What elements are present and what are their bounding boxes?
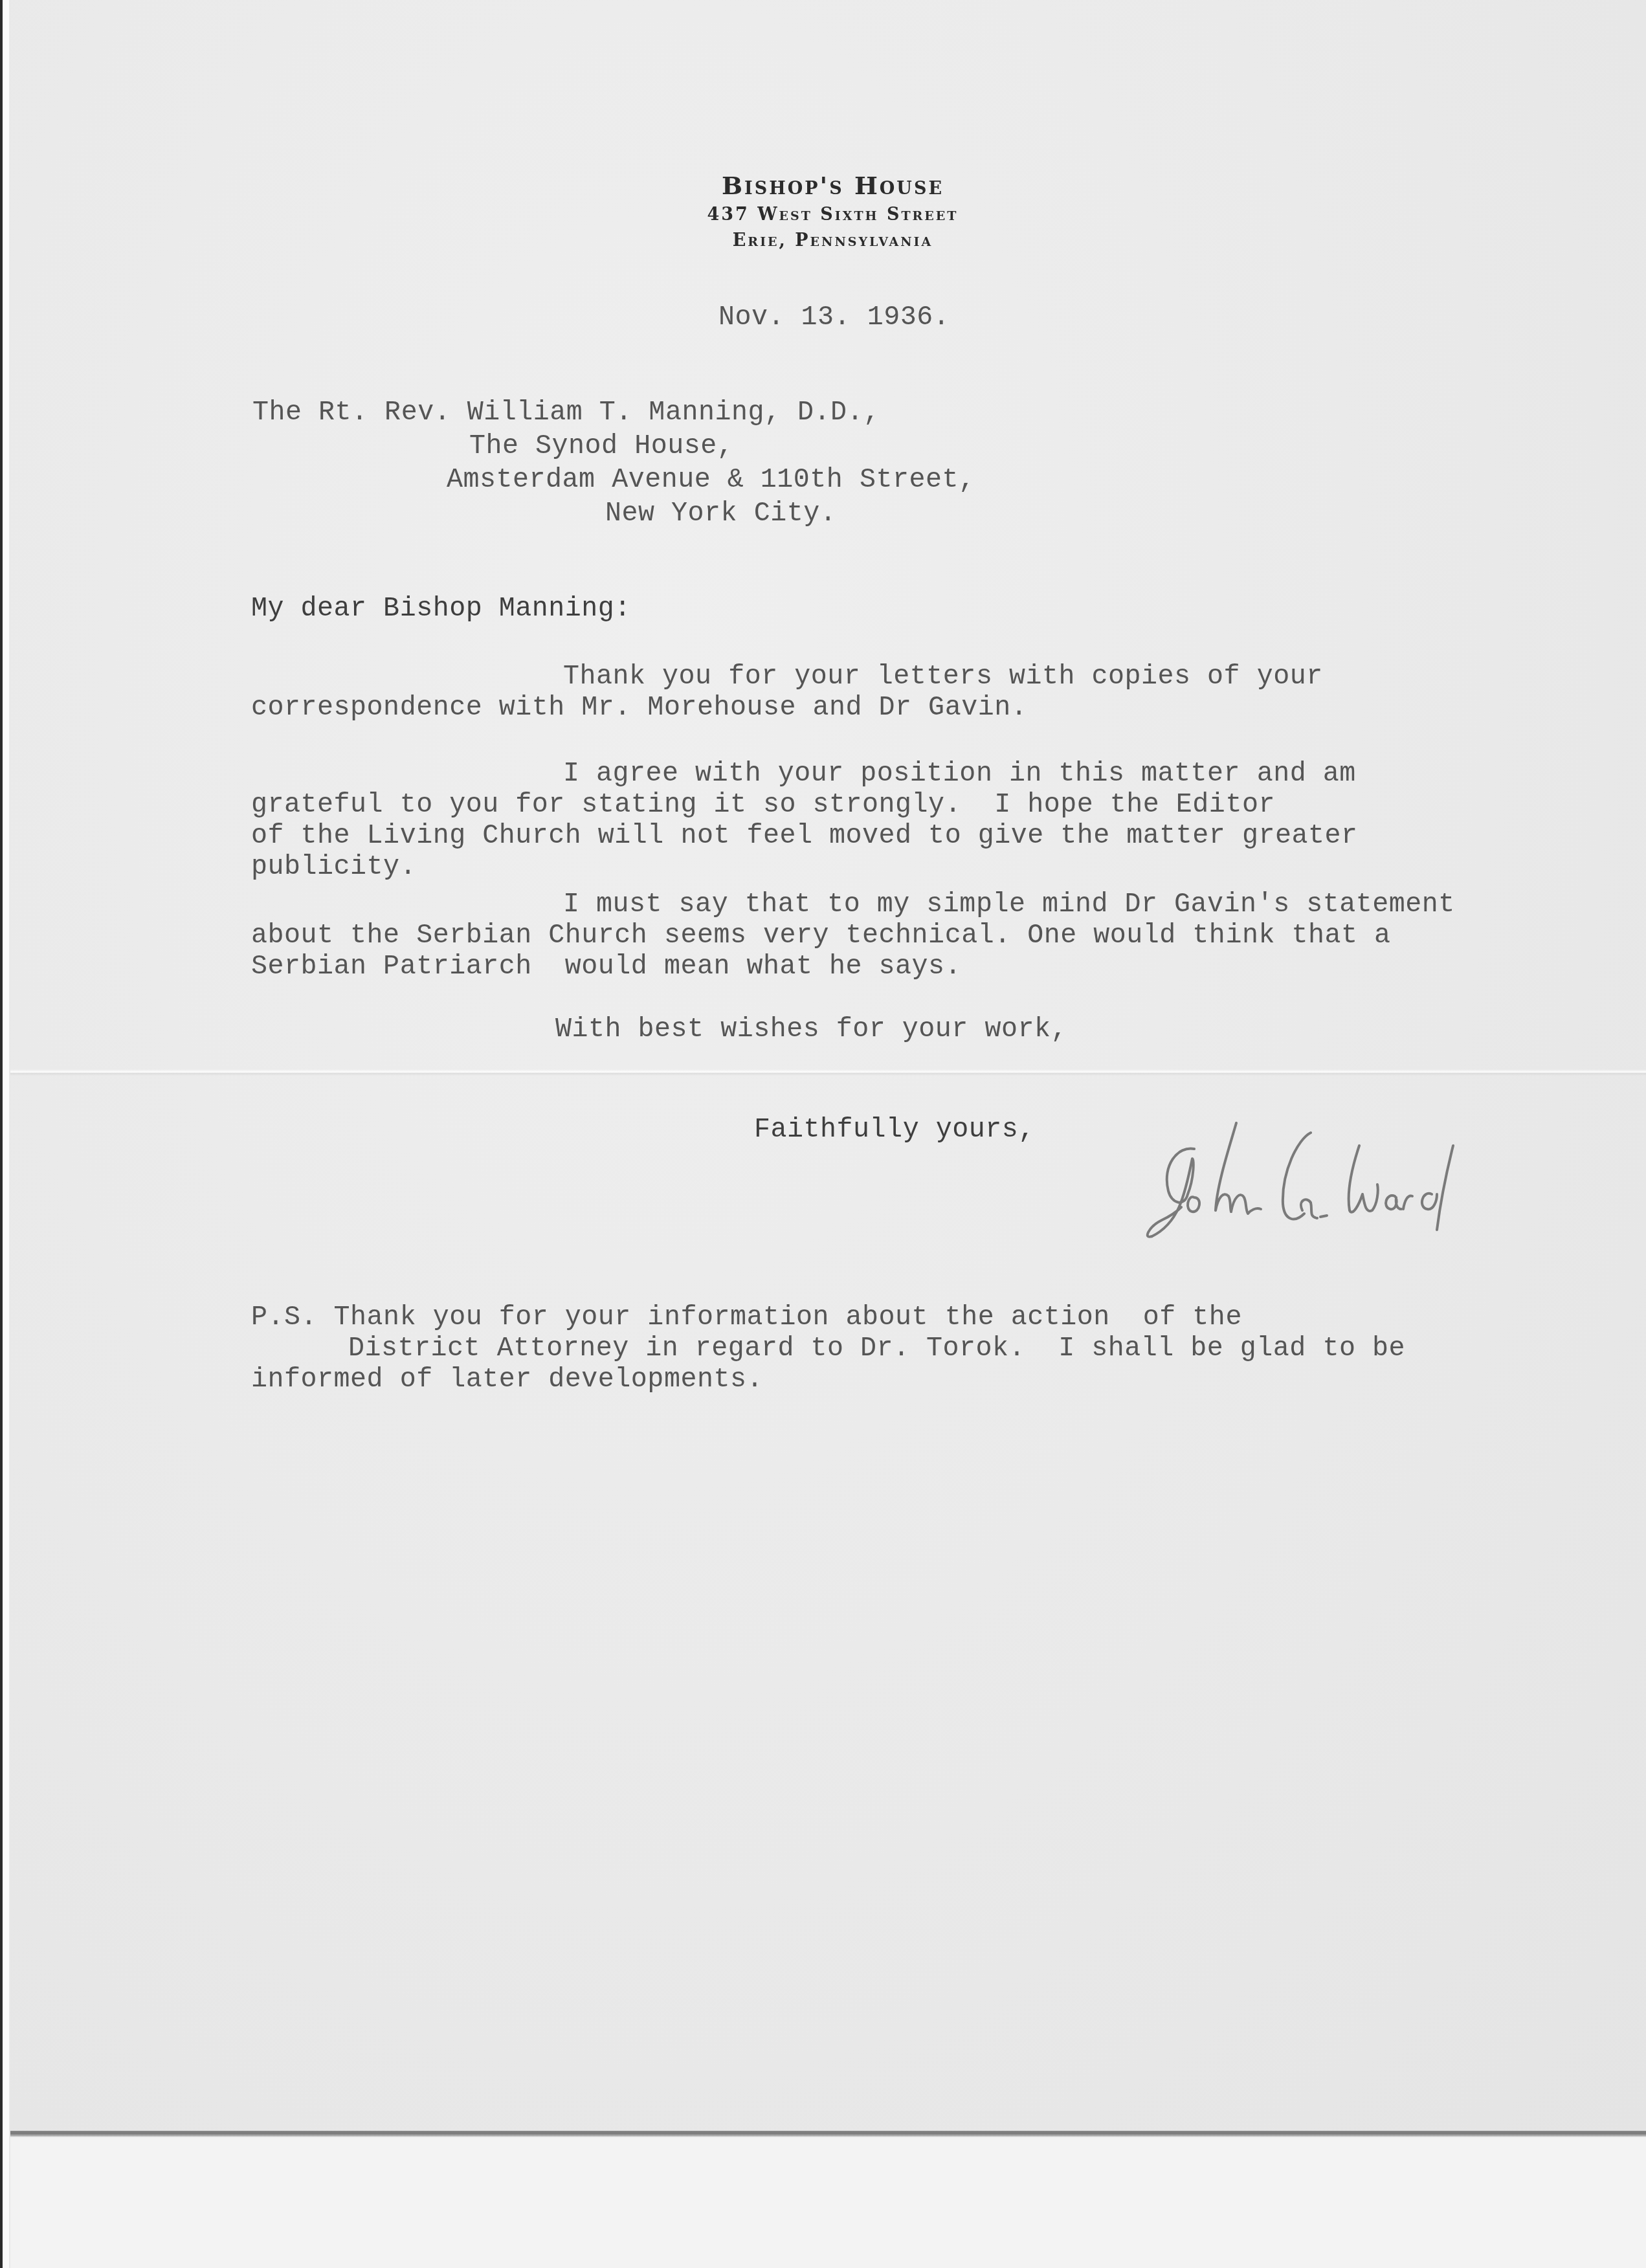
closing-wishes: With best wishes for your work, — [555, 1013, 1067, 1045]
body-paragraph-1-line-2: correspondence with Mr. Morehouse and Dr… — [251, 691, 1027, 723]
body-paragraph-2-line-2: grateful to you for stating it so strong… — [251, 788, 1275, 820]
body-paragraph-3-line-1: I must say that to my simple mind Dr Gav… — [563, 888, 1455, 920]
handwritten-signature — [1133, 1120, 1534, 1262]
recipient-address-line-1: The Synod House, — [469, 430, 733, 461]
letterhead: Bishop's House 437 West Sixth Street Eri… — [0, 170, 1646, 254]
valediction: Faithfully yours, — [754, 1113, 1035, 1145]
recipient-name: The Rt. Rev. William T. Manning, D.D., — [252, 396, 880, 428]
scan-left-edge — [0, 0, 10, 2268]
body-paragraph-2-line-1: I agree with your position in this matte… — [563, 757, 1356, 789]
postscript-line-1: P.S. Thank you for your information abou… — [251, 1301, 1242, 1333]
body-paragraph-3-line-2: about the Serbian Church seems very tech… — [251, 919, 1391, 951]
paper-bottom-edge — [10, 2131, 1646, 2137]
body-paragraph-2-line-4: publicity. — [251, 850, 416, 882]
postscript-line-2: District Attorney in regard to Dr. Torok… — [348, 1332, 1405, 1364]
letter-date: Nov. 13. 1936. — [718, 301, 950, 333]
recipient-address-line-3: New York City. — [605, 497, 836, 529]
body-paragraph-3-line-3: Serbian Patriarch would mean what he say… — [251, 950, 961, 982]
letterhead-title: Bishop's House — [19, 170, 1646, 202]
recipient-address-line-2: Amsterdam Avenue & 110th Street, — [447, 463, 975, 495]
body-paragraph-1-line-1: Thank you for your letters with copies o… — [563, 660, 1323, 692]
scanner-bed — [10, 2137, 1646, 2268]
letterhead-city: Erie, Pennsylvania — [19, 228, 1646, 254]
body-paragraph-2-line-3: of the Living Church will not feel moved… — [251, 819, 1358, 851]
postscript-line-3: informed of later developments. — [251, 1363, 763, 1395]
salutation: My dear Bishop Manning: — [251, 592, 631, 624]
letterhead-street: 437 West Sixth Street — [19, 202, 1646, 228]
paper-fold-crease — [10, 1069, 1646, 1076]
